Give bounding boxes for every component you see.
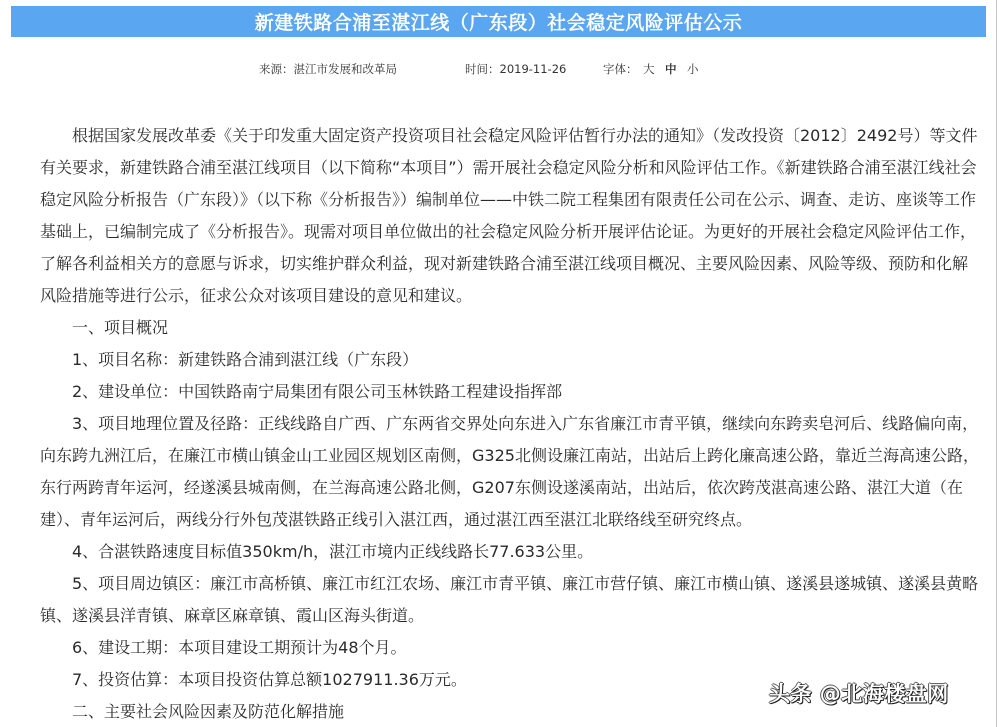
page-right-border — [996, 0, 997, 727]
font-size-label: 字体： — [603, 61, 638, 77]
intro-paragraph: 根据国家发展改革委《关于印发重大固定资产投资项目社会稳定风险评估暂行办法的通知》… — [40, 120, 980, 312]
watermark: 头条 @北海楼盘网 — [769, 678, 949, 708]
item-construction-unit: 2、建设单位：中国铁路南宁局集团有限公司玉林铁路工程建设指挥部 — [40, 376, 980, 408]
article-meta: 来源：湛江市发展和改革局 时间：2019-11-26 字体： 大 中 小 — [0, 61, 999, 79]
article-time: 时间：2019-11-26 — [465, 61, 566, 77]
item-surrounding-towns: 5、项目周边镇区：廉江市高桥镇、廉江市红江农场、廉江市青平镇、廉江市营仔镇、廉江… — [40, 568, 980, 632]
font-size-medium-button[interactable]: 中 — [665, 61, 677, 77]
section-heading-overview: 一、项目概况 — [40, 312, 980, 344]
item-project-name: 1、项目名称：新建铁路合浦到湛江线（广东段） — [40, 344, 980, 376]
font-size-large-button[interactable]: 大 — [643, 61, 655, 77]
item-location-route: 3、项目地理位置及径路：正线线路自广西、广东两省交界处向东进入广东省廉江市青平镇… — [40, 408, 980, 536]
article-title: 新建铁路合浦至湛江线（广东段）社会稳定风险评估公示 — [255, 8, 743, 35]
item-speed-length: 4、合湛铁路速度目标值350km/h，湛江市境内正线线路长77.633公里。 — [40, 536, 980, 568]
title-bar: 新建铁路合浦至湛江线（广东段）社会稳定风险评估公示 — [11, 6, 986, 37]
item-construction-period: 6、建设工期：本项目建设工期预计为48个月。 — [40, 632, 980, 664]
font-size-small-button[interactable]: 小 — [687, 61, 699, 77]
article-body: 根据国家发展改革委《关于印发重大固定资产投资项目社会稳定风险评估暂行办法的通知》… — [40, 120, 980, 727]
article-source: 来源：湛江市发展和改革局 — [259, 61, 397, 77]
